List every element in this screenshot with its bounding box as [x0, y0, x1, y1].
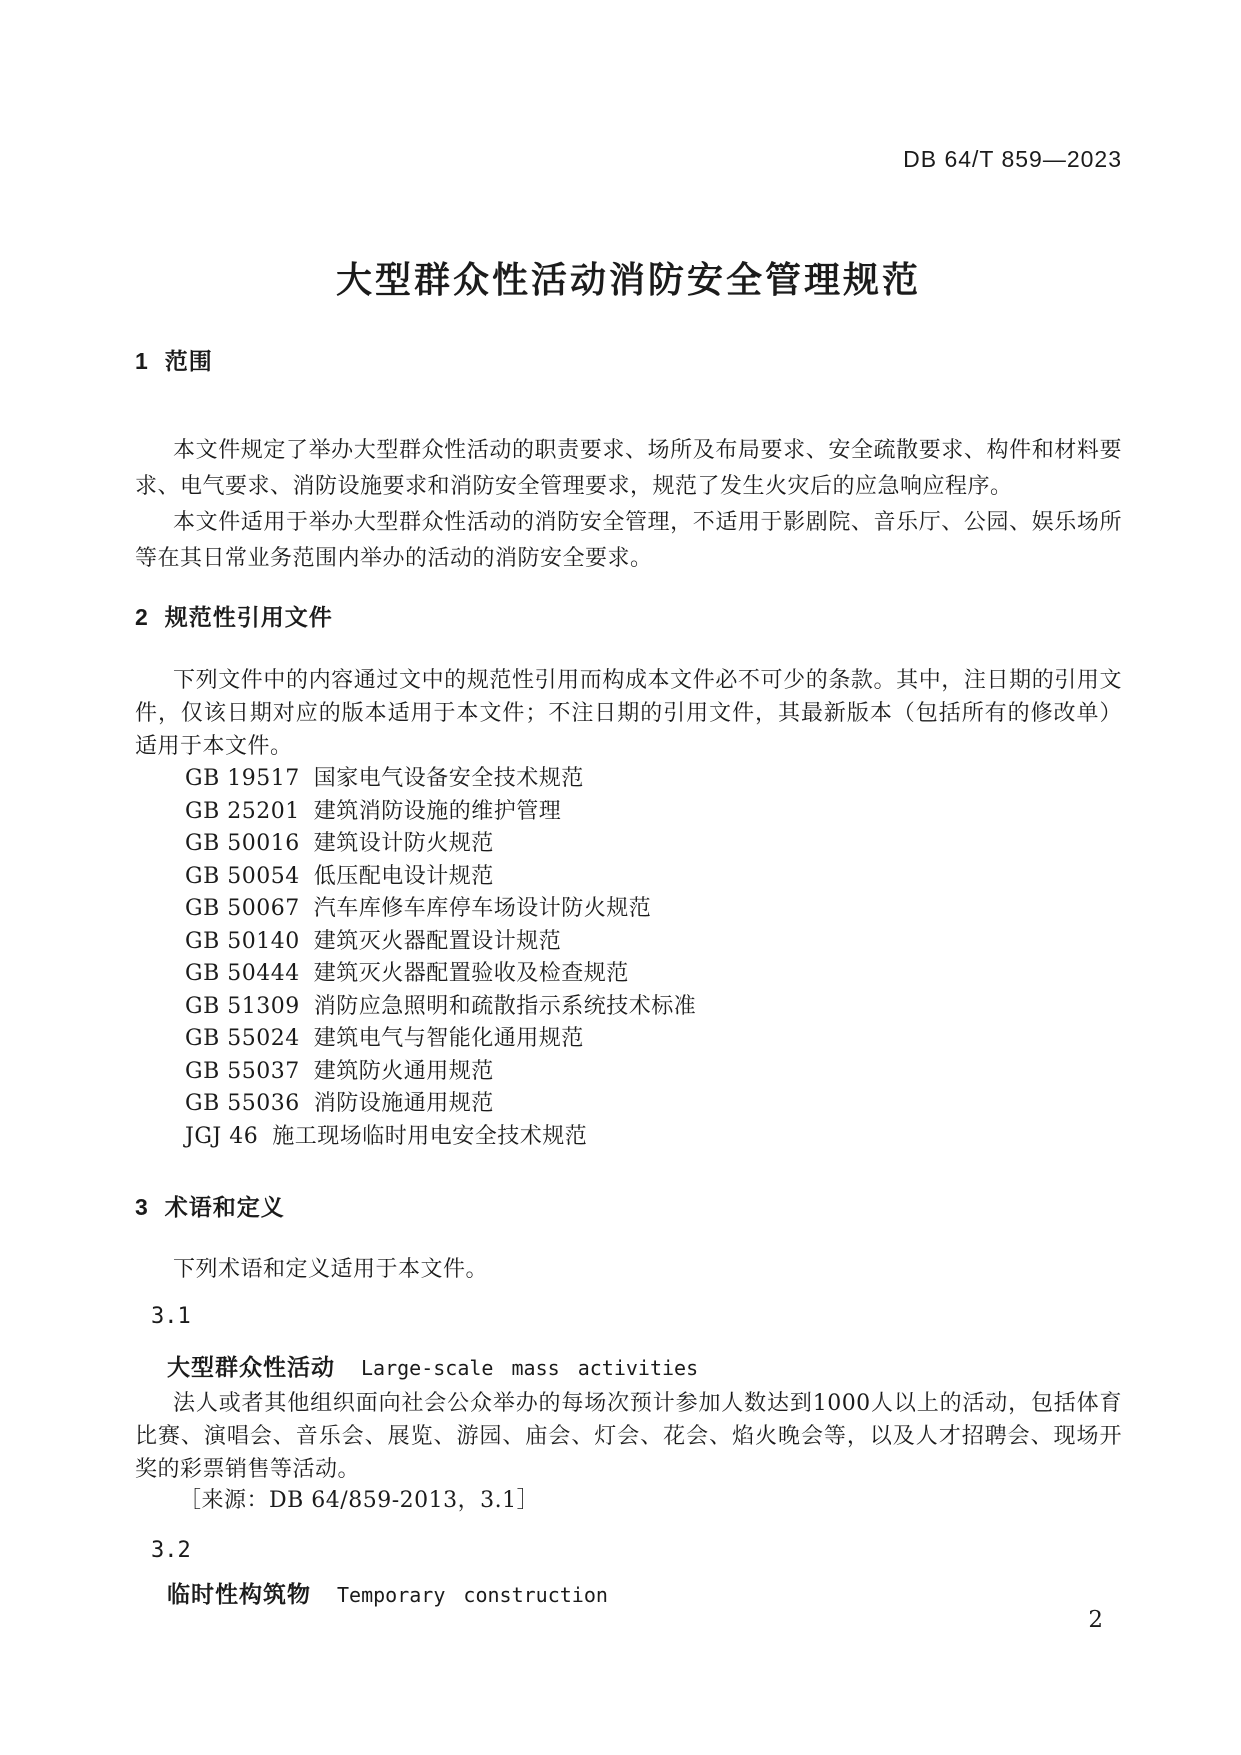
section-references-heading: 2规范性引用文件: [135, 602, 1122, 632]
reference-title: 消防应急照明和疏散指示系统技术标准: [314, 994, 697, 1019]
reference-title: 建筑灭火器配置验收及检查规范: [314, 961, 629, 986]
reference-code: GB 51309: [185, 994, 300, 1019]
reference-title: 低压配电设计规范: [314, 864, 494, 889]
term-2-zh: 临时性构筑物: [167, 1581, 311, 1607]
reference-title: 建筑电气与智能化通用规范: [314, 1026, 584, 1051]
references-list: GB 19517国家电气设备安全技术规范 GB 25201建筑消防设施的维护管理…: [185, 763, 1122, 1153]
section-terms-number: 3: [135, 1194, 149, 1220]
reference-code: GB 50067: [185, 896, 300, 921]
reference-title: 国家电气设备安全技术规范: [314, 766, 584, 791]
reference-item: GB 50067汽车库修车库停车场设计防火规范: [185, 893, 1122, 926]
section-scope-heading: 1范围: [135, 346, 1122, 376]
reference-code: GB 50140: [185, 929, 300, 954]
section-scope-title: 范围: [165, 348, 213, 374]
scope-paragraph-1: 本文件规定了举办大型群众性活动的职责要求、场所及布局要求、安全疏散要求、构件和材…: [135, 433, 1122, 505]
term-1-source: ［来源：DB 64/859-2013，3.1］: [179, 1486, 1122, 1515]
term-1-en: Large-scale mass activities: [361, 1356, 698, 1380]
reference-code: JGJ 46: [185, 1124, 258, 1149]
page-number: 2: [1088, 1606, 1103, 1634]
reference-title: 消防设施通用规范: [314, 1091, 494, 1116]
section-references-number: 2: [135, 604, 149, 630]
reference-item: GB 50054低压配电设计规范: [185, 861, 1122, 894]
reference-code: GB 50054: [185, 864, 300, 889]
reference-title: 施工现场临时用电安全技术规范: [272, 1124, 587, 1149]
references-intro: 下列文件中的内容通过文中的规范性引用而构成本文件必不可少的条款。其中，注日期的引…: [135, 664, 1122, 763]
term-1-line: 大型群众性活动Large-scale mass activities: [167, 1352, 1122, 1385]
reference-item: GB 55036消防设施通用规范: [185, 1088, 1122, 1121]
terms-intro: 下列术语和定义适用于本文件。: [135, 1253, 1122, 1287]
doc-code: DB 64/T 859—2023: [135, 146, 1122, 172]
doc-title: 大型群众性活动消防安全管理规范: [135, 258, 1122, 302]
reference-code: GB 50444: [185, 961, 300, 986]
reference-title: 建筑灭火器配置设计规范: [314, 929, 562, 954]
section-terms-heading: 3术语和定义: [135, 1192, 1122, 1222]
term-1-zh: 大型群众性活动: [167, 1354, 335, 1380]
reference-item: GB 55024建筑电气与智能化通用规范: [185, 1023, 1122, 1056]
term-2-line: 临时性构筑物Temporary construction: [167, 1579, 1122, 1612]
section-terms-title: 术语和定义: [165, 1194, 285, 1220]
reference-item: GB 51309消防应急照明和疏散指示系统技术标准: [185, 991, 1122, 1024]
reference-item: GB 50016建筑设计防火规范: [185, 828, 1122, 861]
document-page: DB 64/T 859—2023 大型群众性活动消防安全管理规范 1范围 本文件…: [0, 0, 1241, 1755]
reference-item: GB 19517国家电气设备安全技术规范: [185, 763, 1122, 796]
reference-item: GB 50140建筑灭火器配置设计规范: [185, 926, 1122, 959]
clause-3-1-number: 3.1: [151, 1303, 1122, 1331]
reference-title: 建筑设计防火规范: [314, 831, 494, 856]
reference-title: 建筑防火通用规范: [314, 1059, 494, 1084]
section-scope-number: 1: [135, 348, 149, 374]
reference-item: JGJ 46施工现场临时用电安全技术规范: [185, 1121, 1122, 1154]
reference-code: GB 55037: [185, 1059, 300, 1084]
term-2-en: Temporary construction: [337, 1583, 608, 1607]
reference-code: GB 25201: [185, 799, 300, 824]
reference-item: GB 25201建筑消防设施的维护管理: [185, 796, 1122, 829]
term-1-definition: 法人或者其他组织面向社会公众举办的每场次预计参加人数达到1000人以上的活动，包…: [135, 1387, 1122, 1486]
reference-code: GB 19517: [185, 766, 300, 791]
section-references-title: 规范性引用文件: [165, 604, 333, 630]
reference-code: GB 50016: [185, 831, 300, 856]
reference-title: 建筑消防设施的维护管理: [314, 799, 562, 824]
reference-code: GB 55024: [185, 1026, 300, 1051]
reference-title: 汽车库修车库停车场设计防火规范: [314, 896, 652, 921]
scope-paragraph-2: 本文件适用于举办大型群众性活动的消防安全管理，不适用于影剧院、音乐厅、公园、娱乐…: [135, 505, 1122, 577]
clause-3-2-number: 3.2: [151, 1537, 1122, 1565]
reference-item: GB 50444建筑灭火器配置验收及检查规范: [185, 958, 1122, 991]
reference-item: GB 55037建筑防火通用规范: [185, 1056, 1122, 1089]
reference-code: GB 55036: [185, 1091, 300, 1116]
